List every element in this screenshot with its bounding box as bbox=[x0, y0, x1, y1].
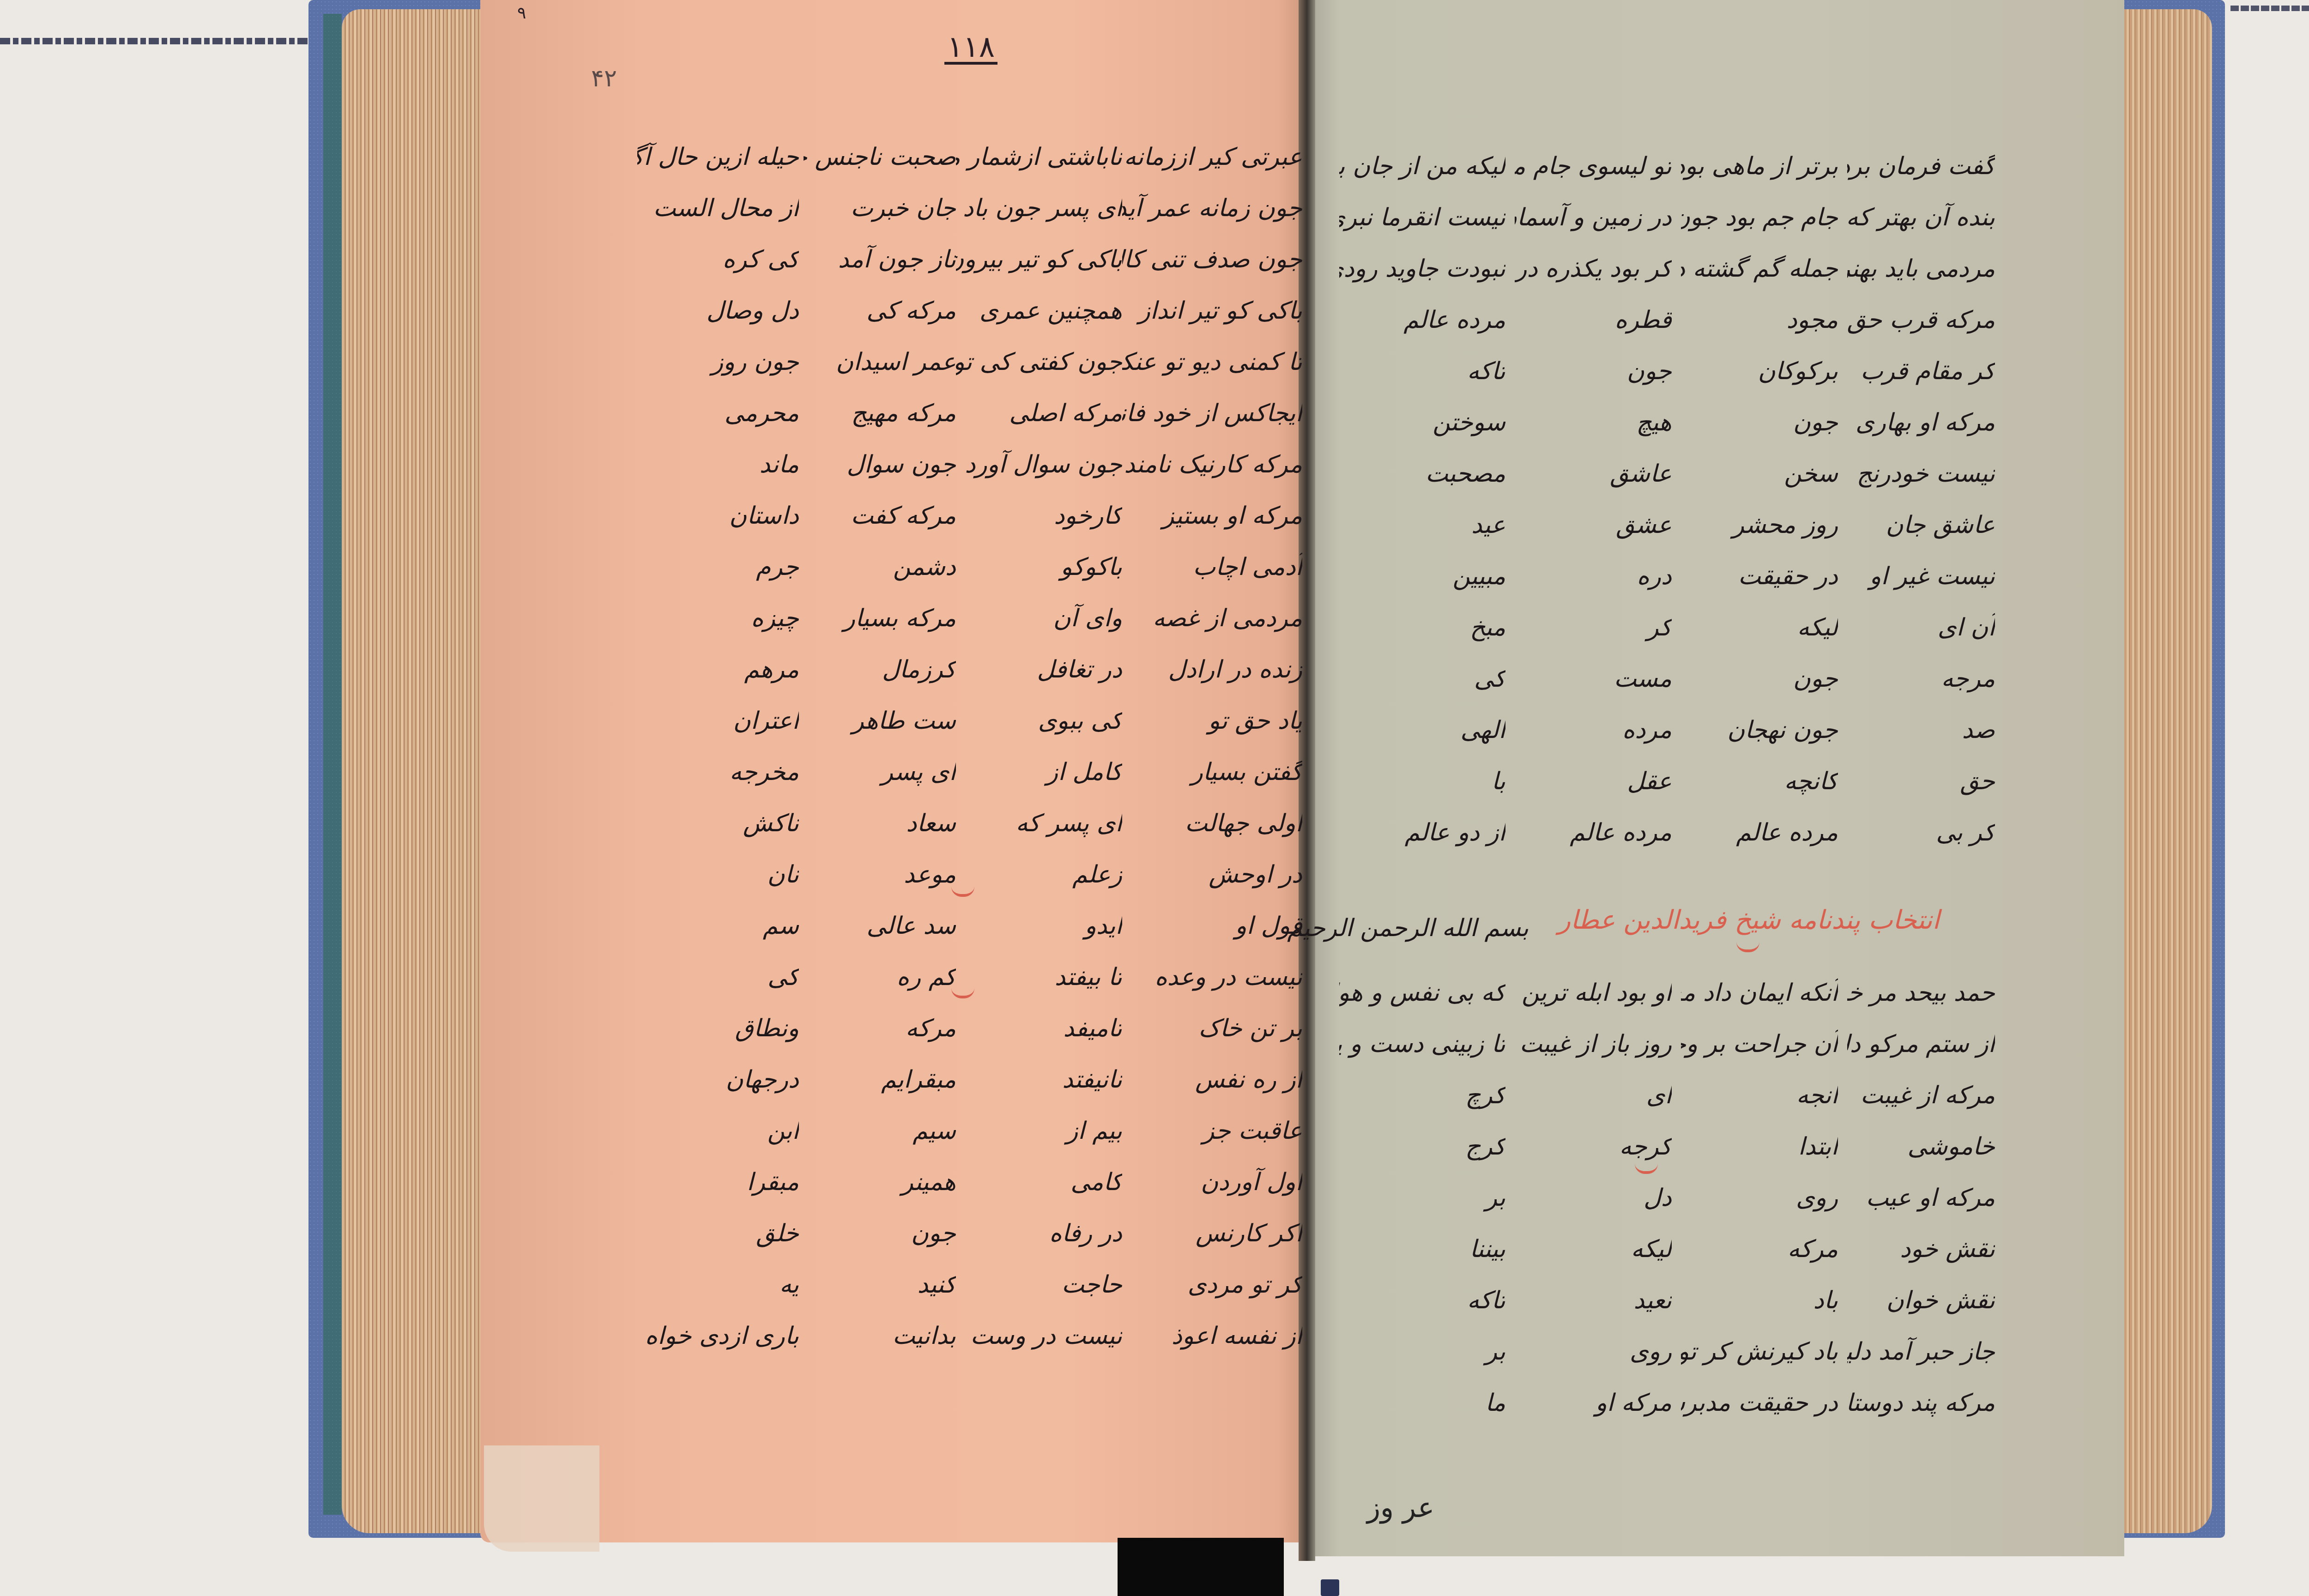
verse-line: با bbox=[1339, 758, 1505, 810]
verse-line: ناز جون آمد bbox=[804, 236, 956, 288]
verse-line: آن ای bbox=[1847, 605, 1995, 656]
verse-line: کانچه bbox=[1681, 758, 1838, 810]
verse-line: کرزمال bbox=[804, 647, 956, 698]
background-stripe bbox=[2230, 6, 2309, 11]
verse-line: روز باز از غیبت مردم بند bbox=[1515, 1021, 1672, 1072]
verse-line: جام جم بود جون سخن از جان کند bbox=[1681, 194, 1838, 246]
verse-line: اول آوردن bbox=[1122, 1159, 1302, 1210]
verse-line: ماند bbox=[637, 441, 799, 493]
verse-line: مرکه بسیار bbox=[804, 595, 956, 647]
verse-line: کر مقام قرب bbox=[1847, 348, 1995, 399]
verse-line: عاقبت جز bbox=[1122, 1108, 1302, 1159]
verse-line: نعید bbox=[1515, 1277, 1672, 1329]
verse-line: الهی bbox=[1339, 707, 1505, 758]
verse-line: دل bbox=[1515, 1175, 1672, 1226]
verse-line: تاکه bbox=[1339, 348, 1505, 399]
verse-line: مرده عالم bbox=[1515, 810, 1672, 861]
verse-line: دشمن bbox=[804, 544, 956, 595]
verse-line: وای آن bbox=[956, 595, 1122, 647]
verse-line: جون bbox=[1515, 348, 1672, 399]
verse-line: اعتران bbox=[637, 698, 799, 749]
verse-line: باد کیرنش کر تو روشن خاطری bbox=[1681, 1329, 1838, 1380]
verse-line: لیکه bbox=[1515, 1226, 1672, 1277]
verse-line: از محال الست bbox=[637, 185, 799, 236]
verse-line: نبودت جاوید رودی الیمنی bbox=[1339, 246, 1505, 297]
verse-line: خاموشی bbox=[1847, 1124, 1995, 1175]
right-page-lower-column-1: حمد بیحد مر خدای پاک را از ستم مرکو دلی … bbox=[1847, 970, 1995, 1431]
verse-line: مبخ bbox=[1339, 605, 1505, 656]
verse-line: صد bbox=[1847, 707, 1995, 758]
verse-line: همینر bbox=[804, 1159, 956, 1210]
verse-line: کی کره bbox=[637, 236, 799, 288]
left-page-column-2: ناباشتی ازشمار مدبران ای پسر جون باد دار… bbox=[956, 134, 1122, 1364]
verse-line: مرکه کفت bbox=[804, 493, 956, 544]
verse-line: جرم bbox=[637, 544, 799, 595]
verse-line: بیننا bbox=[1339, 1226, 1505, 1277]
verse-line: کی bbox=[1339, 656, 1505, 707]
paper-repair-patch bbox=[484, 1445, 599, 1552]
verse-line: جون نهجان bbox=[1681, 707, 1838, 758]
verse-line: نان bbox=[637, 852, 799, 903]
verse-line: مرکه از غیبت bbox=[1847, 1072, 1995, 1124]
verse-line: روز محشر bbox=[1681, 502, 1838, 553]
verse-line: تا بیفتد bbox=[956, 954, 1122, 1005]
black-bookmark bbox=[1118, 1538, 1284, 1596]
verse-line: موعد bbox=[804, 852, 956, 903]
verse-line: آن جراحت بر وجود خویش کرد bbox=[1681, 1021, 1838, 1072]
verse-line: جون صدف تنی کالبد bbox=[1122, 236, 1302, 288]
verse-line: چیزه bbox=[637, 595, 799, 647]
verse-line: بر bbox=[1339, 1329, 1505, 1380]
verse-line: بر تن خاک bbox=[1122, 1005, 1302, 1057]
verse-line: کرچ bbox=[1339, 1072, 1505, 1124]
verse-line: مرده عالم bbox=[1339, 297, 1505, 348]
verse-line: تا کمنی دیو تو عنکبوتی bbox=[1122, 339, 1302, 390]
verse-line: ناکش bbox=[637, 800, 799, 852]
verse-line: گفت فرمان بردن آن شهرا bbox=[1847, 143, 1995, 194]
verse-line: حق bbox=[1847, 758, 1995, 810]
verse-line: مرکه او bbox=[1515, 1380, 1672, 1431]
verse-line: زنده در ارادل bbox=[1122, 647, 1302, 698]
verse-line: ای پسر که bbox=[956, 800, 1122, 852]
right-page-upper-column-3: تو لیسوی جام میکردی نگاه در زمین و آسمان… bbox=[1515, 143, 1672, 861]
verse-line: سم bbox=[637, 903, 799, 954]
verse-line: باکی کو تیر انداز bbox=[1122, 288, 1302, 339]
verse-line: عاشق جان bbox=[1847, 502, 1995, 553]
verse-line: مرکه bbox=[1681, 1226, 1838, 1277]
verse-line: ست طاهر bbox=[804, 698, 956, 749]
corner-mark: ۹ bbox=[517, 4, 526, 23]
verse-line: محرمی bbox=[637, 390, 799, 441]
green-endband bbox=[323, 14, 342, 1515]
verse-line: مرکه مهیج bbox=[804, 390, 956, 441]
verse-line: تامیفد bbox=[956, 1005, 1122, 1057]
verse-line: عقل bbox=[1515, 758, 1672, 810]
verse-line: ای پسر جون باد دارد در کرد bbox=[956, 185, 1122, 236]
verse-line: مبیین bbox=[1339, 553, 1505, 605]
verse-line: دل وصال bbox=[637, 288, 799, 339]
verse-line: از ره نفس bbox=[1122, 1057, 1302, 1108]
left-page-column-4: حیله ازین حال آگاهی بود از محال الست کی … bbox=[637, 134, 799, 1364]
right-page-lower-column-2: آنکه ایمان داد مشتی خاک را آن جراحت بر و… bbox=[1681, 970, 1838, 1431]
verse-line: نیست خودرنج bbox=[1847, 451, 1995, 502]
verse-line: باری ازدی خواه وز غمش bbox=[637, 1313, 799, 1364]
verse-line: لیکه bbox=[1681, 605, 1838, 656]
verse-line: مرهم bbox=[637, 647, 799, 698]
navy-tab bbox=[1321, 1579, 1339, 1596]
verse-line: برکوکان bbox=[1681, 348, 1838, 399]
verse-line: که بی نفس و هوا باشد دوان bbox=[1339, 970, 1505, 1021]
verse-line: عمر اسیدان bbox=[804, 339, 956, 390]
verse-line: مست bbox=[1515, 656, 1672, 707]
rubric-heading: انتخاب پندنامه شیخ فریدالدین عطار bbox=[1681, 905, 1940, 935]
verse-line: جون کفتی کی تو bbox=[956, 339, 1122, 390]
verse-line: باد bbox=[1681, 1277, 1838, 1329]
verse-line: جون bbox=[1681, 656, 1838, 707]
verse-line: باکوکو bbox=[956, 544, 1122, 595]
verse-line: مرکه او بهاری bbox=[1847, 399, 1995, 451]
verse-line: کنید bbox=[804, 1262, 956, 1313]
verse-line: حمد بیحد مر خدای پاک را bbox=[1847, 970, 1995, 1021]
verse-line: نیست غیر او bbox=[1847, 553, 1995, 605]
verse-line: باکی کو تیر بیرون bbox=[956, 236, 1122, 288]
left-fore-edge bbox=[342, 9, 494, 1533]
verse-line: مرکه اصلی bbox=[956, 390, 1122, 441]
verse-line: لیکه من از جان بیبوی قول شاه bbox=[1339, 143, 1505, 194]
verse-line: کامی bbox=[956, 1159, 1122, 1210]
verse-line: او بود ابله ترین مردمان bbox=[1515, 970, 1672, 1021]
verse-line: بر bbox=[1339, 1175, 1505, 1226]
verse-line: جون bbox=[1681, 399, 1838, 451]
verse-line: کامل از bbox=[956, 749, 1122, 800]
verse-line: بنده آن بهتر که بر فرمان رود bbox=[1847, 194, 1995, 246]
verse-line: جان خبرت bbox=[804, 185, 956, 236]
verse-line: روی bbox=[1515, 1329, 1672, 1380]
verse-line: روی bbox=[1681, 1175, 1838, 1226]
verse-line: ونطاق bbox=[637, 1005, 799, 1057]
verse-line: هیچ bbox=[1515, 399, 1672, 451]
verse-line: ابتدا bbox=[1681, 1124, 1838, 1175]
verse-line: کر بود یکذره در فقرت منی bbox=[1515, 246, 1672, 297]
verse-line: در اوحش bbox=[1122, 852, 1302, 903]
verse-line: سخن bbox=[1681, 451, 1838, 502]
catchword: عر وز bbox=[1367, 1492, 1434, 1524]
verse-line: کی ببوی bbox=[956, 698, 1122, 749]
verse-line: جاز حبر آمد دلیل بد بری bbox=[1847, 1329, 1995, 1380]
right-page-upper-column-4: لیکه من از جان بیبوی قول شاه نیست انقرما… bbox=[1339, 143, 1505, 861]
verse-line: ابن bbox=[637, 1108, 799, 1159]
basmala-heading: بسم الله الرحمن الرحیم bbox=[1390, 914, 1529, 942]
verse-line: بدانیت bbox=[804, 1313, 956, 1364]
verse-line: کر تو مردی bbox=[1122, 1262, 1302, 1313]
verse-line: ما bbox=[1339, 1380, 1505, 1431]
verse-line: عید bbox=[1339, 502, 1505, 553]
verse-line: مرکه پند دوستان نکند قبول bbox=[1847, 1380, 1995, 1431]
verse-line: مرکه قرب حق bbox=[1847, 297, 1995, 348]
verse-line: در زمین و آسمان و خاص و عام bbox=[1515, 194, 1672, 246]
verse-line: حیله ازین حال آگاهی بود bbox=[637, 134, 799, 185]
verse-line: سیم bbox=[804, 1108, 956, 1159]
verse-line: دره bbox=[1515, 553, 1672, 605]
verse-line: جون bbox=[804, 1210, 956, 1262]
folio-number: ۱۱۸ bbox=[944, 32, 997, 65]
verse-line: قطره bbox=[1515, 297, 1672, 348]
verse-line: مرکه کی bbox=[804, 288, 956, 339]
verse-line: سعاد bbox=[804, 800, 956, 852]
verse-line: مرکه او عیب bbox=[1847, 1175, 1995, 1226]
verse-line: جون سوال آورد bbox=[956, 441, 1122, 493]
verse-line: در حقیقت مدبرست و بوالفضول bbox=[1681, 1380, 1838, 1431]
verse-line: سد عالی bbox=[804, 903, 956, 954]
verse-line: ای bbox=[1515, 1072, 1672, 1124]
verse-line: مردمی از غصه bbox=[1122, 595, 1302, 647]
verse-line: یاد حق تو bbox=[1122, 698, 1302, 749]
verse-line: کم ره bbox=[804, 954, 956, 1005]
verse-line: صحبت ناجنس جانکاهی بود bbox=[804, 134, 956, 185]
verse-line: تاکه bbox=[1339, 1277, 1505, 1329]
verse-line: جمله گم گشته درد او در صدای bbox=[1681, 246, 1838, 297]
verse-line: قول او bbox=[1122, 903, 1302, 954]
verse-line: زعلم bbox=[956, 852, 1122, 903]
verse-line: در رفاه bbox=[956, 1210, 1122, 1262]
verse-line: مرکه او بستیز bbox=[1122, 493, 1302, 544]
verse-line: کی bbox=[637, 954, 799, 1005]
verse-line: بیم از bbox=[956, 1108, 1122, 1159]
verse-line: نقش خوان bbox=[1847, 1277, 1995, 1329]
verse-line: کر bbox=[1515, 605, 1672, 656]
verse-line: خلق bbox=[637, 1210, 799, 1262]
verse-line: مبقرا bbox=[637, 1159, 799, 1210]
verse-line: کرج bbox=[1339, 1124, 1505, 1175]
verse-line: اکر کارنس bbox=[1122, 1210, 1302, 1262]
verse-line: عبرتی کیر اززمانه ای جوان bbox=[1122, 134, 1302, 185]
verse-line: آنکه ایمان داد مشتی خاک را bbox=[1681, 970, 1838, 1021]
verse-line: آدمی اچاب bbox=[1122, 544, 1302, 595]
verse-line: نیست در وعده bbox=[1122, 954, 1302, 1005]
verse-line: ناباشتی ازشمار مدبران bbox=[956, 134, 1122, 185]
verse-line: داستان bbox=[637, 493, 799, 544]
verse-line: عشق bbox=[1515, 502, 1672, 553]
verse-line: در تغافل bbox=[956, 647, 1122, 698]
verse-line: از دو عالم bbox=[1339, 810, 1505, 861]
verse-line: همچنین عمری bbox=[956, 288, 1122, 339]
verse-line: ایجاکس از خود فانی bbox=[1122, 390, 1302, 441]
verse-line: یه bbox=[637, 1262, 799, 1313]
verse-line: کر بی bbox=[1847, 810, 1995, 861]
verse-line: مرکه bbox=[804, 1005, 956, 1057]
right-page-upper-column-1: گفت فرمان بردن آن شهرا بنده آن بهتر که ب… bbox=[1847, 143, 1995, 861]
verse-line: برتر از ماهی بود تا مه مرا bbox=[1681, 143, 1838, 194]
verse-line: مرجه bbox=[1847, 656, 1995, 707]
left-page-column-3: صحبت ناجنس جانکاهی بود جان خبرت ناز جون … bbox=[804, 134, 956, 1364]
verse-line: مبقرایم bbox=[804, 1057, 956, 1108]
verse-line: از ستم مرکو دلی را ریش کرد bbox=[1847, 1021, 1995, 1072]
verse-line: در حقیقت bbox=[1681, 553, 1838, 605]
verse-line: مرده bbox=[1515, 707, 1672, 758]
verse-line: مجود bbox=[1681, 297, 1838, 348]
verse-line: سوختن bbox=[1339, 399, 1505, 451]
verse-line: ایدو bbox=[956, 903, 1122, 954]
verse-line: گفتن بسیار bbox=[1122, 749, 1302, 800]
pencil-note: ۴۲ bbox=[591, 65, 617, 92]
verse-line: مخرجه bbox=[637, 749, 799, 800]
left-page-column-1: عبرتی کیر اززمانه ای جوان جون زمانه عمر … bbox=[1122, 134, 1302, 1364]
verse-line: مردمی باید بهنر او را نما bbox=[1847, 246, 1995, 297]
verse-line: درجهان bbox=[637, 1057, 799, 1108]
verse-line: نانیفتد bbox=[956, 1057, 1122, 1108]
verse-line: جون روز bbox=[637, 339, 799, 390]
verse-line: مصحبت bbox=[1339, 451, 1505, 502]
verse-line: اولی جهالت bbox=[1122, 800, 1302, 852]
right-page-upper-column-2: برتر از ماهی بود تا مه مرا جام جم بود جو… bbox=[1681, 143, 1838, 861]
verse-line: عاشق bbox=[1515, 451, 1672, 502]
verse-line: کارخود bbox=[956, 493, 1122, 544]
verse-line: نیست در وست bbox=[956, 1313, 1122, 1364]
verse-line: نقش خود bbox=[1847, 1226, 1995, 1277]
verse-line: تا زبینی دست و پای خود ببند bbox=[1339, 1021, 1505, 1072]
verse-line: ای پسر bbox=[804, 749, 956, 800]
right-page-lower-column-3: او بود ابله ترین مردمان روز باز از غیبت … bbox=[1515, 970, 1672, 1431]
verse-line: از نفسه اعوذ bbox=[1122, 1313, 1302, 1364]
verse-line: جون زمانه عمر آید بر سر bbox=[1122, 185, 1302, 236]
verse-line: جون سوال bbox=[804, 441, 956, 493]
background-stripe bbox=[0, 38, 319, 44]
verse-line: مرکه کارنیک نامند bbox=[1122, 441, 1302, 493]
verse-line: تو لیسوی جام میکردی نگاه bbox=[1515, 143, 1672, 194]
verse-line: مرده عالم bbox=[1681, 810, 1838, 861]
verse-line: حاجت bbox=[956, 1262, 1122, 1313]
right-page-lower-column-4: که بی نفس و هوا باشد دوان تا زبینی دست و… bbox=[1339, 970, 1505, 1431]
verse-line: انجه bbox=[1681, 1072, 1838, 1124]
verse-line: نیست انقرما نبری بر ترمقام bbox=[1339, 194, 1505, 246]
